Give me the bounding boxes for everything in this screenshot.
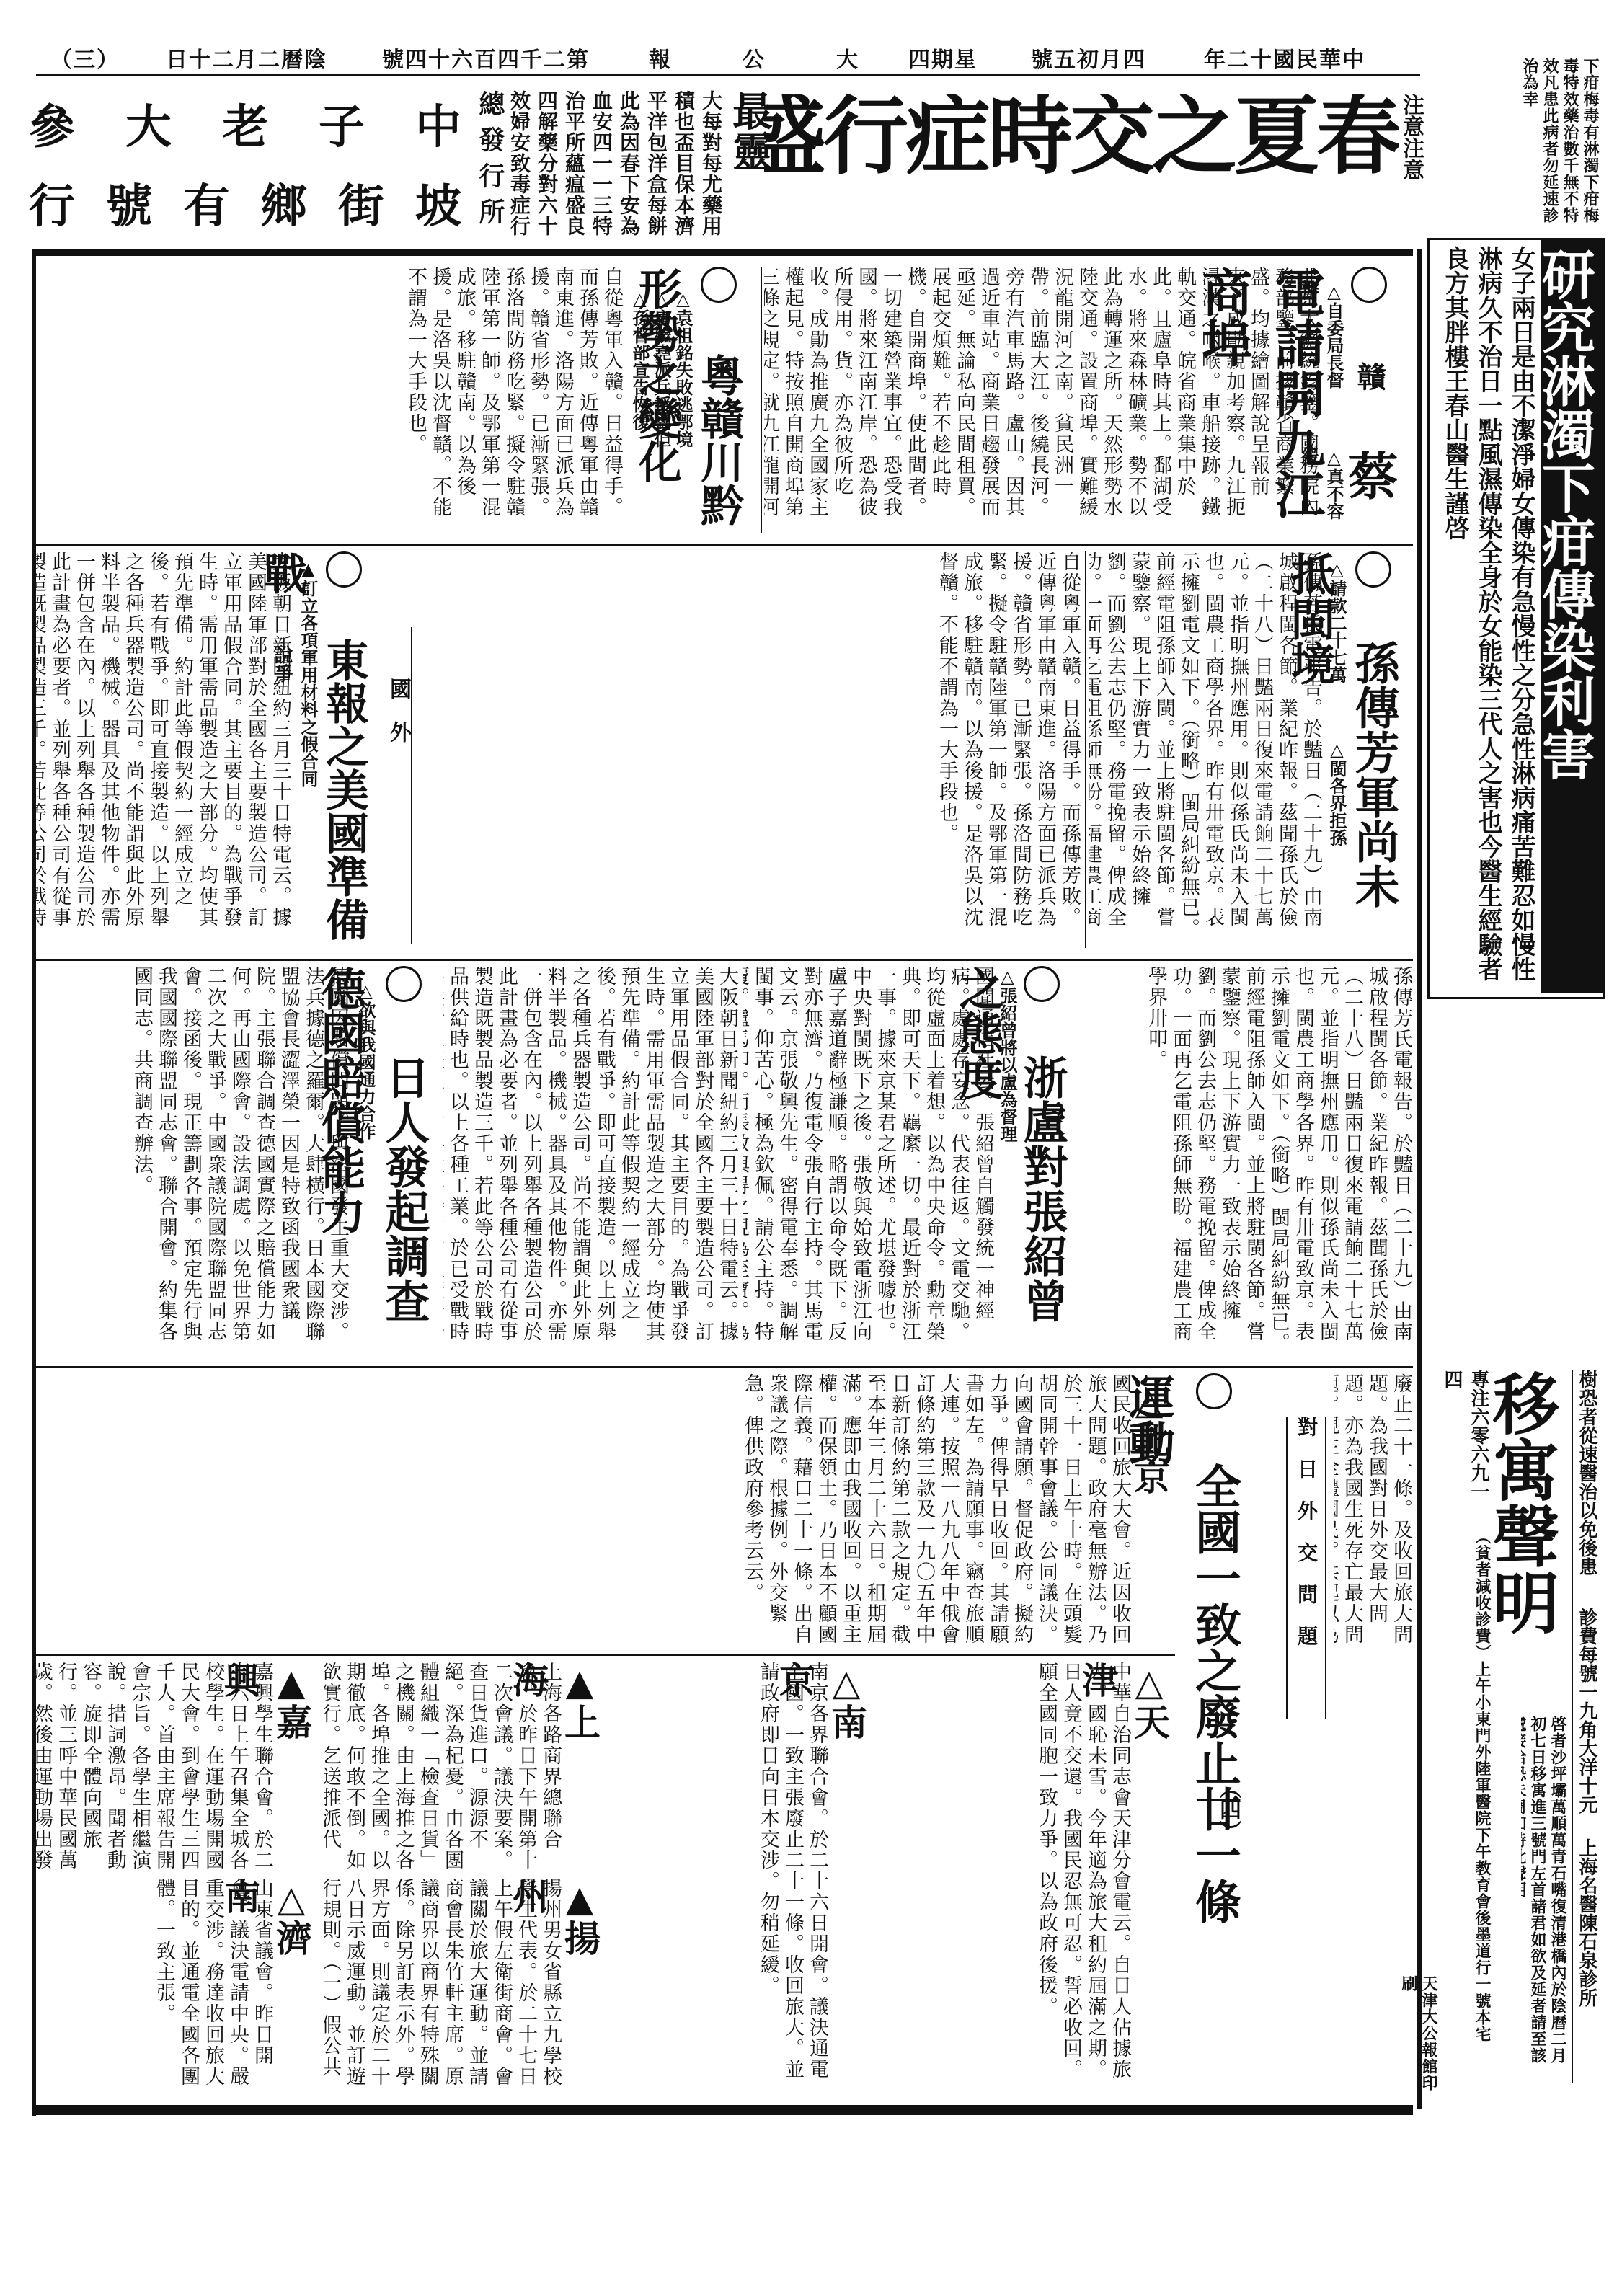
page-number: （三） [50,42,120,74]
region-label: 贛 [1352,362,1386,391]
circle-marker-icon [1024,966,1060,1002]
paper-name-2: 公 [743,42,766,74]
republic-year: 年二十國民華中 [1204,42,1365,74]
vd-banner-ad: 研究淋濁下疳傳染利害 女子兩日是由不潔淨婦女傳染有急慢性之分急性淋病痛苦難忍如慢… [1427,238,1605,999]
article-german-reparations: 大阪朝日新聞紐約三月三十日特電云。據美國陸軍部對於全國各主要製造公司。訂立軍用品… [36,966,739,1362]
article-21-demands: 廢止二十一條。及收回旅大問題。為我國對日外交最大問題。亦為我國生死存亡最大問題。… [36,1373,1413,2101]
article-body: 孫傳芳氏電報告。於豔日（二十九）由南城啟程閩各節。業紀昨報。茲聞孫氏於儉（二十八… [1081,966,1413,1355]
store-char: 坡 [415,169,461,236]
nanjing-body: 南京各界聯合會。於二十六日開會。議決通電全國。一致主張廢止二十一條。收回旅大。並… [613,1662,829,2094]
subheadline: △孫督部宣告恢復 [627,288,652,533]
masthead: （三） 日十二月二曆陰 號四十六百四千二第 報 公 大 四期星 號五初月四 年二… [22,29,1600,79]
article-us-war-prep: 東報之美國準備戰 說爭 ▲訂立各項軍用材料之假合同 大阪朝日新聞紐約三月三十日特… [36,551,382,955]
column-divider [1085,551,1086,948]
subheadline: △欲與我國通力合作 [353,980,378,1341]
store-char: 中 [415,90,461,156]
part-number: （四） [1212,1777,1244,1863]
shanghai-body: 上海各路商界總聯合會。於昨日下午開第十二次會議。議決要案。查日貨進口。源源不絕。… [324,1662,562,1871]
vd-banner-title: 研究淋濁下疳傳染利害 [1541,240,1603,993]
column-divider [411,627,412,944]
foreign-affairs-label: 對日外交問題 [1286,1417,1326,1719]
article-south-situation: 粵贛川黔形勢之變化 △袁祖銘失敗逃鄂境 △唐繼堯派兵援劉但 △孫督部宣告恢復 自… [36,267,757,541]
remedy-ad-body: 大每對每尤藥用積也盃目保本濟平洋包洋盒每餅此為因春下安為血安四一一三特治平所蘊瘟… [508,90,724,241]
section-rule [36,544,1413,546]
notice-subtitle: 專注六零六九一四 [1439,1370,1492,1514]
store-char: 行 [29,169,75,236]
article-body: 孫傳芳氏電報告。於豔日（二十九）由南城啟程閩各節。業紀昨報。茲聞孫氏於儉（二十八… [1089,551,1323,948]
article-body: 北京大總統鈞鑒。國務院內務部鑒。前據贛省商業繁盛。均據繪圖解說呈報前來。成勛親加… [764,267,1319,533]
ginseng-store-ad: 中 子 老 大 參 坡 街 鄉 有 號 行 [29,83,461,241]
section-rule [36,1654,1175,1656]
section-rule [36,959,1413,961]
issue-number: 號四十六百四千二第 [382,42,590,74]
notice-address: （貧者減收診費）上午小東門外陸軍醫院下午教育會後墨道行一號本宅 [1463,1528,1492,2076]
relocation-notice-ad: 樹恐者從速醫治以免後患 診費每號一九角大洋十元 上海名醫陳石泉診所 移寓聲明 專… [1427,1370,1600,2091]
weekday: 四期星 [908,42,978,74]
beijing-body: 國民收回旅大大會。近因收回旅大問題。政府毫無辦法。乃於三十一日上午十時。在頭髮胡… [36,1373,1132,1647]
store-char: 大 [125,90,172,156]
article-zhejiang: 浙盧對張紹曾之態度 孫傳芳氏電報告。於豔日（二十九）由南城啟程閩各節。業紀昨報。… [743,966,1413,1362]
masthead-rule [36,74,1420,76]
subheadline: △張紹曾將以盧為督理 [995,966,1020,1355]
circle-marker-icon [1355,551,1391,588]
spring-summer-ad: 春夏之交時症行盛千安餅藥效驗 [764,94,1399,238]
article-body: 德國因賠償問題。與法國發生重大交涉。法兵據德之羅爾。大肆橫行。日本國際聯盟協會長… [36,966,350,1355]
foreign-section-tag: 國外 [382,678,414,865]
clinic-name: 上海名醫陳石泉診所 [1574,1838,1600,2076]
heavy-rule [36,249,1413,256]
lunar-date: 日十二月二曆陰 [166,42,327,74]
paper-name-1: 報 [649,42,672,74]
attention-note: 注意注意 [1395,94,1427,238]
tianjin-body: 中華自治同志會天津分會電云。自日人佔據旅大。國恥未雪。今年適為旅大租約屆滿之期。… [879,1662,1132,2094]
store-char: 號 [106,169,152,236]
store-char: 鄉 [261,169,307,236]
article-body: 大阪朝日新聞紐約三月三十日特電云。據美國陸軍部對於全國各主要製造公司。訂立軍用品… [443,966,739,1355]
circle-marker-icon [701,267,737,303]
subheadline: △請款二十七萬 [1324,559,1350,717]
section-rule [36,1366,1413,1368]
printer-credit: 天津大公報館印刷 [1399,1975,1439,2098]
circle-marker-icon [386,966,422,1002]
column-divider [761,267,762,533]
vd-banner-body: 女子兩日是由不潔淨婦女傳染有急慢性之分急性淋病痛苦難忍如慢性淋病久不治日一點風濕… [1433,246,1538,988]
issue-date: 號五初月四 [1031,42,1146,74]
article-sichuan-cont: 自從粵軍入贛。日益得手。而孫傳芳敗。近傳粵軍由贛南東進。洛陽方面已派兵為援。贛省… [411,551,1081,955]
notice-body: 啓者沙坪壩萬順萬青石嘴復清港橋內於陰曆二月初七日移寓進三號門左首諸君如欲及延者請… [1521,1716,1568,2076]
spring-summer-headline: 春夏之交時症行盛千安餅藥效驗 [764,94,1399,179]
jinan-body: 山東省議會。昨日開會。議決電請中央。嚴重交涉。務達收回旅大目的。並通電全國各團體… [36,1878,274,2094]
newspaper-page: （三） 日十二月二曆陰 號四十六百四千二第 報 公 大 四期星 號五初月四 年二… [22,29,1600,2191]
paper-name-3: 大 [836,42,859,74]
ad-divider [1572,1370,1573,2083]
store-char: 街 [338,169,384,236]
store-char: 參 [29,90,75,156]
left-border [32,249,36,2116]
top-right-ad: 下疳梅毒有淋濁下疳梅毒特效藥治數千無不特效凡患此病者勿延速診治為幸 [1431,58,1600,231]
store-name-bottom: 坡 街 鄉 有 號 行 [29,169,461,236]
subheadline: △袁祖銘失敗逃鄂境 [670,288,696,533]
article-body: 自從粵軍入贛。日益得手。而孫傳芳敗。近傳粵軍由贛南東進。洛陽方面已派兵為援。贛省… [36,267,624,533]
yangzhou-body: 揚州男女省縣立九學校學生代表。於二十七日上午假左衛街商會。會議關於旅大運動。並請… [324,1878,562,2094]
fee-note: 診費每號一九角大洋十元 [1574,1608,1600,1824]
circle-marker-icon [326,551,362,588]
circle-marker-icon [1351,267,1387,303]
bottom-heavy-rule [36,2105,1413,2115]
article-body: 自從粵軍入贛。日益得手。而孫傳芳敗。近傳粵軍由贛南東進。洛陽方面已派兵為援。贛省… [433,551,1081,948]
head-office-label: 總發行所 [472,90,509,241]
store-char: 子 [319,90,365,156]
article-body: 大阪朝日新聞紐約三月三十日特電云。據美國陸軍部對於全國各主要製造公司。訂立軍用品… [36,551,292,948]
article-sun-chuanfang: 孫傳芳軍尚未抵閩境 △請款二十七萬 △閩各界拒孫 孫傳芳氏電報告。於豔日（二十九… [1089,551,1413,955]
subheadline: △閩各界拒孫 [1324,739,1350,883]
store-char: 老 [222,90,268,156]
subheadline: ▲訂立各項軍用材料之假合同 [296,559,321,941]
circle-marker-icon [1196,1373,1232,1409]
article-jiujiang: 贛 蔡電請開九江商埠 △自委局長督辦 △真不容緩 北京大總統鈞鑒。國務院內務部鑒… [764,267,1413,541]
right-column-divider [1417,249,1422,2109]
subheadline: △唐繼堯派兵援劉但 [649,288,674,533]
article-body: 國聞通信社云。張紹曾自觸發統一神經病。處處存妄念。代表往返。文電交馳。均從虛面上… [743,966,995,1355]
store-char: 有 [183,169,229,236]
advice-text: 樹恐者從速醫治以免後患 [1574,1370,1600,1586]
article-intro: 廢止二十一條。及收回旅大問題。為我國對日外交最大問題。亦為我國生死存亡最大問題。… [1334,1373,1413,1647]
store-name-top: 中 子 老 大 參 [29,90,461,156]
jiaxing-body: 嘉興學生聯合會。於二十六日上午召集全城各校學生。在運動場開國民大會。到會學生三四… [36,1662,274,1871]
